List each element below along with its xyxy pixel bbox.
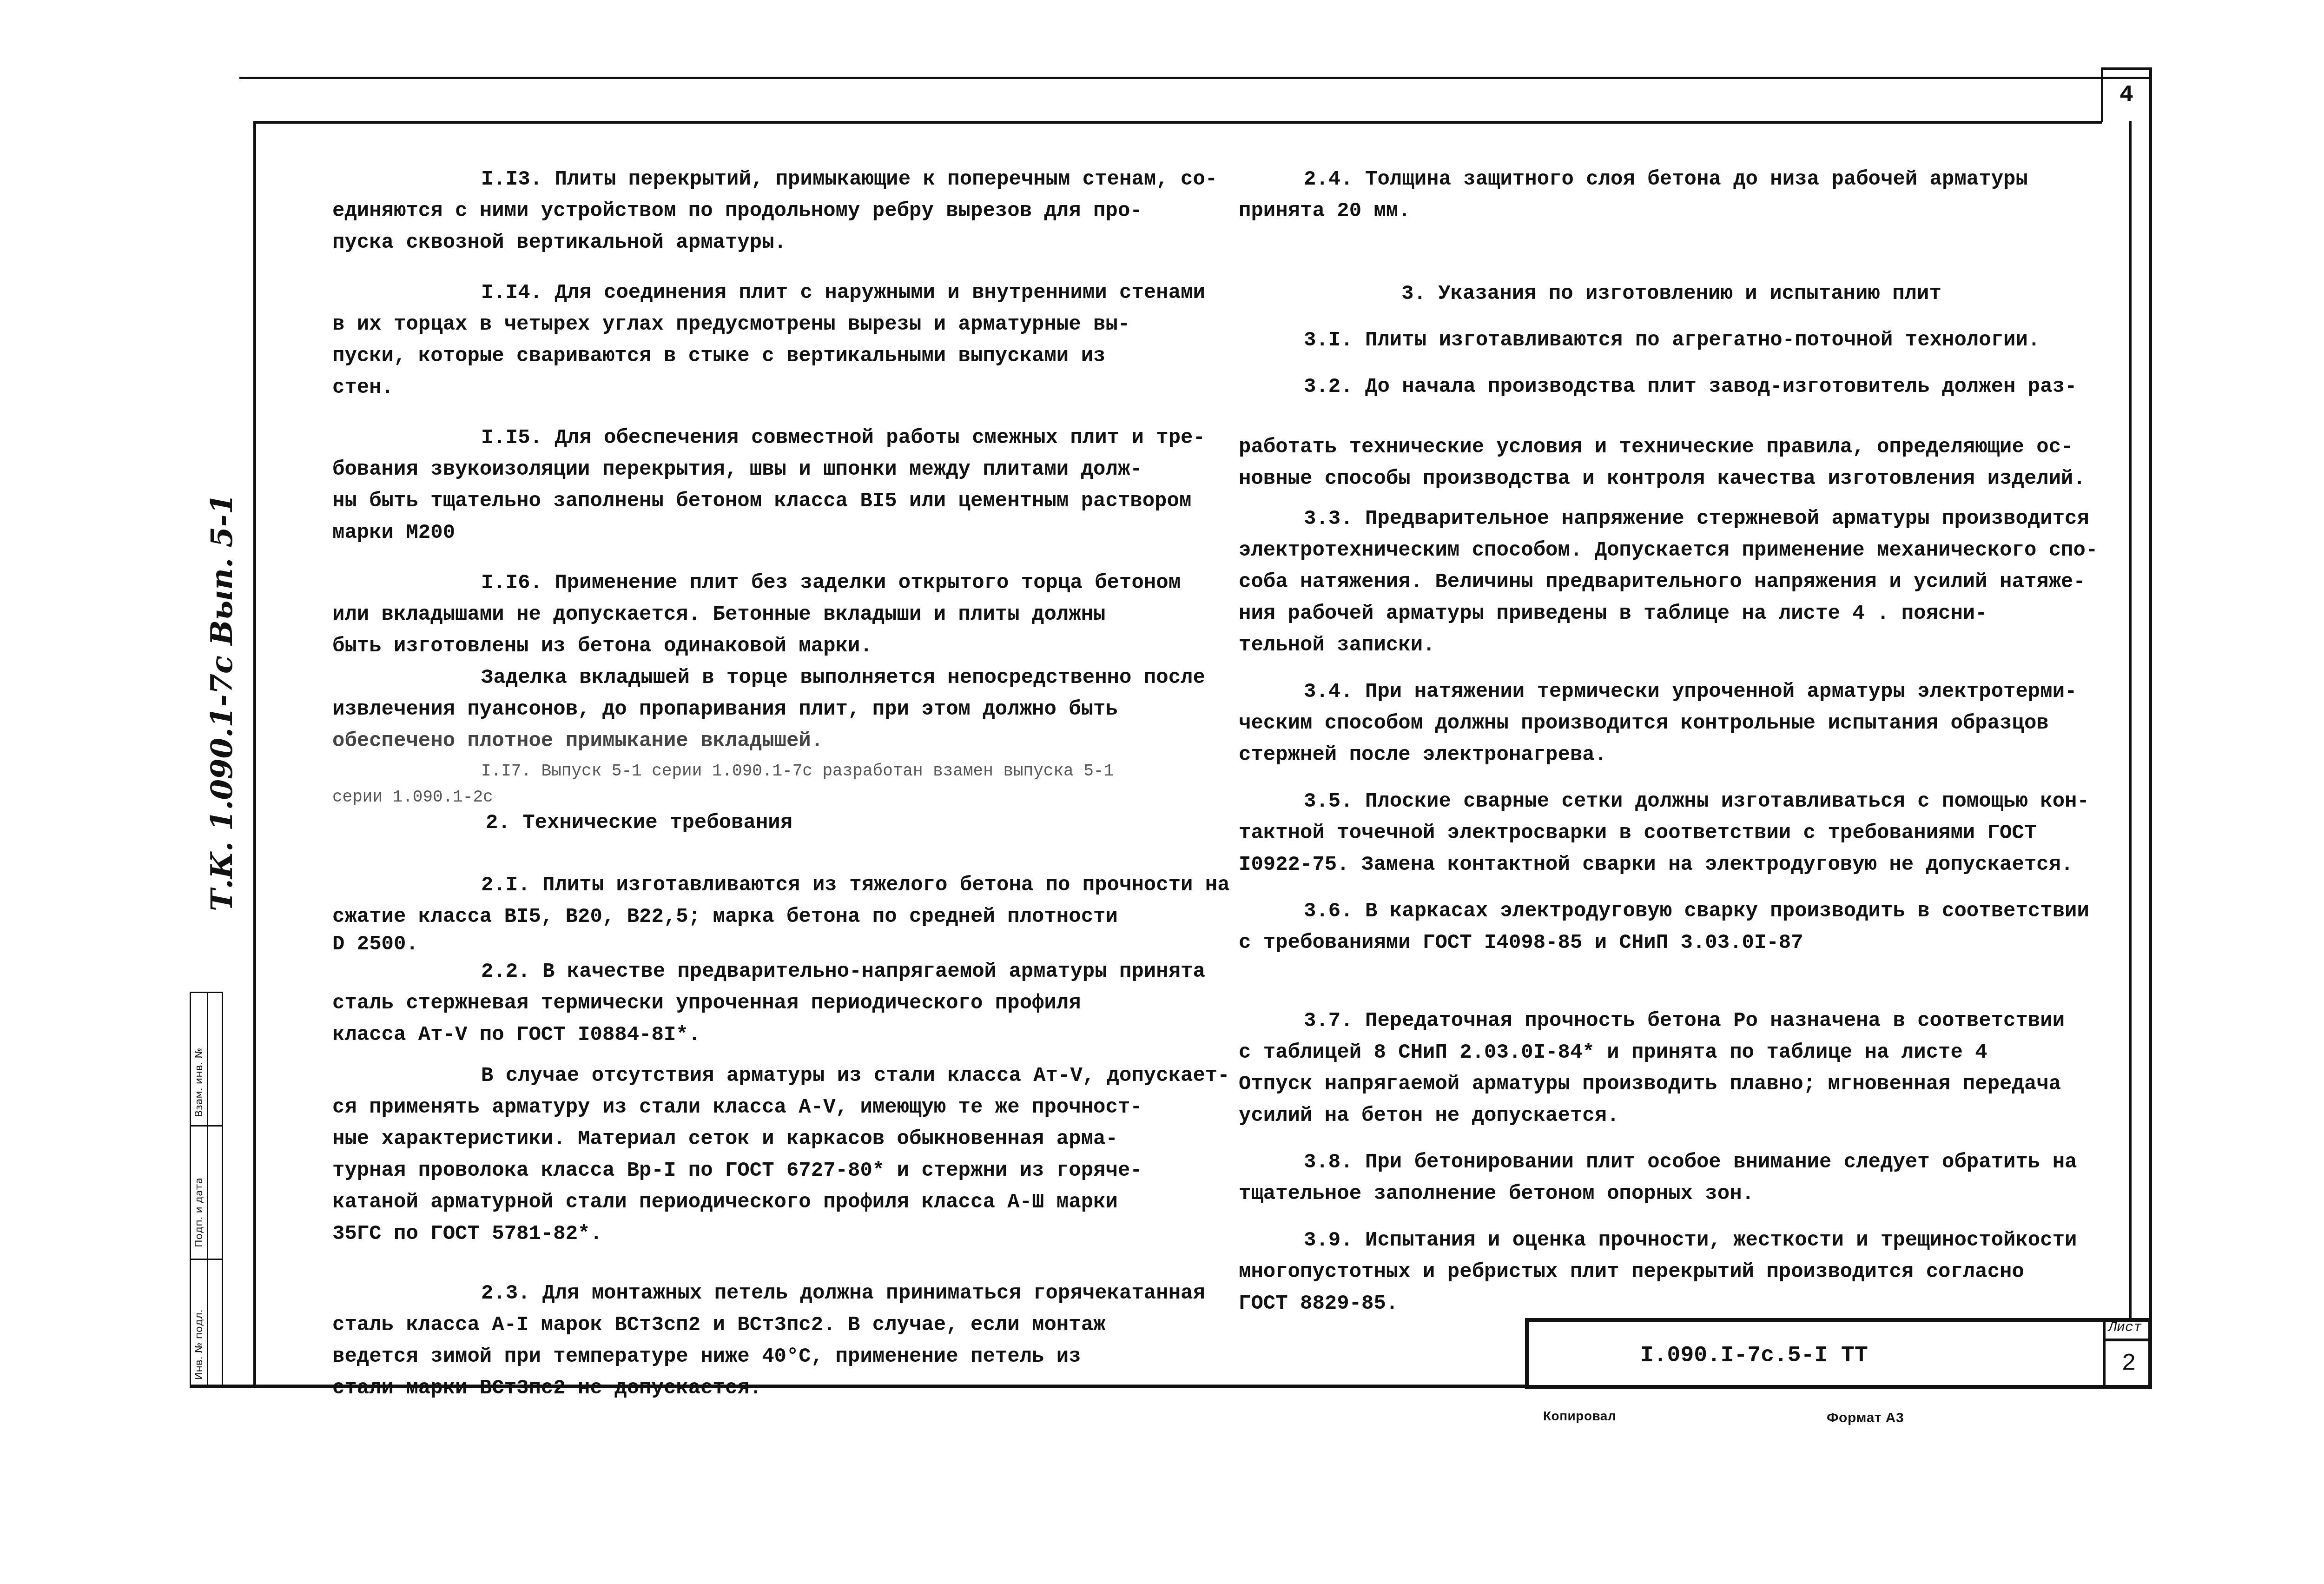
text-line: серии 1.090.1-2с (332, 786, 1188, 809)
paragraph-1-16: I.I6. Применение плит без заделки открыт… (332, 567, 1188, 662)
left-stamp-column: Взам. инв. № Подп. и дата Инв. № подл. (190, 992, 223, 1387)
text-line: Отпуск напрягаемой арматуры производить … (1239, 1068, 2122, 1100)
text-line: В случае отсутствия арматуры из стали кл… (332, 1060, 1188, 1092)
text-line: сжатие класса BI5, B20, B22,5; марка бет… (332, 901, 1188, 933)
top-sheet-number-box: 4 (2101, 67, 2152, 122)
text-line: сталь класса А-I марок ВСт3сп2 и ВСт3пс2… (332, 1309, 1188, 1341)
title-block: I.090.I-7с.5-I ТТ Лист 2 (1525, 1318, 2152, 1389)
stamp-label-replace-inv: Взам. инв. № (193, 1048, 205, 1117)
text-line: 3.5. Плоские сварные сетки должны изгота… (1239, 786, 2122, 817)
text-line: усилий на бетон не допускается. (1239, 1100, 2122, 1132)
stamp-cell-3-value (207, 1259, 223, 1387)
text-line: стержней после электронагрева. (1239, 739, 2122, 771)
text-line: обеспечено плотное примыкание вкладышей. (332, 725, 1188, 757)
text-line: 3.9. Испытания и оценка прочности, жестк… (1239, 1225, 2122, 1256)
paragraph-3-1: 3.I. Плиты изготавливаются по агрегатно-… (1239, 325, 2122, 356)
text-line: I0922-75. Замена контактной сварки на эл… (1239, 849, 2122, 881)
paragraph-2-2: 2.2. В качестве предварительно-напрягаем… (332, 956, 1188, 1051)
top-sheet-number: 4 (2103, 82, 2150, 108)
text-line: ческим способом должны производится конт… (1239, 708, 2122, 739)
text-line: принята 20 мм. (1239, 195, 2122, 227)
text-line: 2.2. В качестве предварительно-напрягаем… (332, 956, 1188, 988)
sheet-label-cell: Лист (2103, 1318, 2152, 1341)
section-3-title: 3. Указания по изготовлению и испытанию … (1239, 278, 2122, 310)
text-line: пуска сквозной вертикальной арматуры. (332, 227, 1188, 258)
paragraph-2-1: 2.I. Плиты изготавливаются из тяжелого б… (332, 869, 1188, 956)
text-line: марки М200 (332, 517, 1188, 549)
text-line: соба натяжения. Величины предварительног… (1239, 566, 2122, 598)
paragraph-3-6: 3.6. В каркасах электродуговую сварку пр… (1239, 895, 2122, 959)
paragraph-3-2: 3.2. До начала производства плит завод-и… (1239, 371, 2122, 403)
text-line: пуски, которые свариваются в стыке с вер… (332, 340, 1188, 372)
document-designation: I.090.I-7с.5-I ТТ (1640, 1343, 1868, 1368)
sheet-number-cell: 2 (2103, 1341, 2152, 1389)
text-line: ведется зимой при температуре ниже 40°С,… (332, 1341, 1188, 1372)
text-line: бования звукоизоляции перекрытия, швы и … (332, 454, 1188, 485)
paragraph-1-13: I.I3. Плиты перекрытий, примыкающие к по… (332, 164, 1188, 258)
margin-handwritten-code: Т.К. 1.090.1-7с Вып. 5-1 (205, 494, 239, 911)
stamp-label-inv-original: Инв. № подл. (193, 1309, 205, 1380)
text-line: многопустотных и ребристых плит перекрыт… (1239, 1256, 2122, 1288)
stamp-cell-1-value (207, 992, 223, 1127)
text-line: 3.8. При бетонировании плит особое внима… (1239, 1147, 2122, 1178)
text-line: 35ГС по ГОСТ 5781-82*. (332, 1218, 1188, 1250)
text-line: 3.7. Передаточная прочность бетона Ро на… (1239, 1005, 2122, 1037)
frame-right-outer (2149, 67, 2152, 1388)
paragraph-1-14: I.I4. Для соединения плит с наружными и … (332, 277, 1188, 404)
stamp-cell-2-value (207, 1125, 223, 1260)
text-line: I.I4. Для соединения плит с наружными и … (332, 277, 1188, 309)
frame-left (253, 121, 256, 1388)
paragraph-2-2-cont: В случае отсутствия арматуры из стали кл… (332, 1060, 1188, 1250)
text-line: турная проволока класса Вр-I по ГОСТ 672… (332, 1155, 1188, 1186)
text-line: ся применять арматуру из стали класса А-… (332, 1092, 1188, 1123)
text-line: класса Ат-V по ГОСТ I0884-8I*. (332, 1019, 1188, 1051)
text-line: I.I6. Применение плит без заделки открыт… (332, 567, 1188, 599)
text-line: D 2500. (332, 933, 1188, 956)
text-line: 3.4. При натяжении термически упроченной… (1239, 676, 2122, 708)
text-line: единяются с ними устройством по продольн… (332, 195, 1188, 227)
paragraph-2-4: 2.4. Толщина защитного слоя бетона до ни… (1239, 164, 2122, 227)
text-line: катаной арматурной стали периодического … (332, 1186, 1188, 1218)
paragraph-3-5: 3.5. Плоские сварные сетки должны изгота… (1239, 786, 2122, 881)
section-2-title: 2. Технические требования (332, 809, 1188, 837)
text-line: 3.2. До начала производства плит завод-и… (1239, 371, 2122, 403)
text-line: стали марки ВСт3пс2 не допускается. (332, 1372, 1188, 1404)
note-1-17: I.I7. Выпуск 5-1 серии 1.090.1-7с разраб… (332, 757, 1188, 809)
paragraph-1-15: I.I5. Для обеспечения совместной работы … (332, 422, 1188, 549)
paragraph-2-3: 2.3. Для монтажных петель должна принима… (332, 1278, 1188, 1404)
text-line: 3.3. Предварительное напряжение стержнев… (1239, 503, 2122, 535)
text-line: 2.3. Для монтажных петель должна принима… (332, 1278, 1188, 1309)
paragraph-3-4: 3.4. При натяжении термически упроченной… (1239, 676, 2122, 771)
frame-top (254, 121, 2102, 124)
paragraph-3-8: 3.8. При бетонировании плит особое внима… (1239, 1147, 2122, 1210)
paragraph-3-3: 3.3. Предварительное напряжение стержнев… (1239, 503, 2122, 661)
text-line: тактной точечной электросварки в соответ… (1239, 817, 2122, 849)
text-line: 3.I. Плиты изготавливаются по агрегатно-… (1239, 325, 2122, 356)
paragraph-3-9: 3.9. Испытания и оценка прочности, жестк… (1239, 1225, 2122, 1319)
text-line: с требованиями ГОСТ I4098-85 и СНиП 3.03… (1239, 927, 2122, 959)
text-line: I.I3. Плиты перекрытий, примыкающие к по… (332, 164, 1188, 195)
frame-right-inner (2129, 121, 2132, 1320)
text-line: работать технические условия и техническ… (1239, 431, 2122, 463)
text-line: 3.6. В каркасах электродуговую сварку пр… (1239, 895, 2122, 927)
sheet-number: 2 (2106, 1350, 2152, 1377)
stamp-label-sign-date: Подп. и дата (193, 1178, 205, 1247)
text-line: I.I5. Для обеспечения совместной работы … (332, 422, 1188, 454)
text-line: электротехническим способом. Допускается… (1239, 535, 2122, 566)
text-line: I.I7. Выпуск 5-1 серии 1.090.1-7с разраб… (332, 757, 1188, 786)
text-line: Заделка вкладышей в торце выполняется не… (332, 662, 1188, 694)
left-column: I.I3. Плиты перекрытий, примыкающие к по… (332, 164, 1188, 1423)
paragraph-1-16-cont: Заделка вкладышей в торце выполняется не… (332, 662, 1188, 757)
footer-format: Формат А3 (1827, 1402, 1904, 1434)
paragraph-3-2-cont: работать технические условия и техническ… (1239, 431, 2122, 495)
text-line: ные характеристики. Материал сеток и кар… (332, 1123, 1188, 1155)
right-column: 2.4. Толщина защитного слоя бетона до ни… (1239, 164, 2122, 1338)
paragraph-3-7: 3.7. Передаточная прочность бетона Ро на… (1239, 1005, 2122, 1132)
text-line: ния рабочей арматуры приведены в таблице… (1239, 598, 2122, 630)
text-line: сталь стержневая термически упроченная п… (332, 988, 1188, 1019)
text-line: 2.I. Плиты изготавливаются из тяжелого б… (332, 869, 1188, 901)
text-line: с таблицей 8 СНиП 2.03.0I-84* и принята … (1239, 1037, 2122, 1068)
text-line: извлечения пуансонов, до пропаривания пл… (332, 694, 1188, 725)
text-line: новные способы производства и контроля к… (1239, 463, 2122, 495)
text-line: ГОСТ 8829-85. (1239, 1288, 2122, 1319)
text-line: или вкладышами не допускается. Бетонные … (332, 599, 1188, 630)
sheet-label: Лист (2108, 1320, 2142, 1336)
text-line: ны быть тщательно заполнены бетоном клас… (332, 485, 1188, 517)
text-line: стен. (332, 372, 1188, 404)
text-line: тельной записки. (1239, 630, 2122, 661)
footer-copied: Копировал (1543, 1400, 1616, 1432)
text-line: в их торцах в четырех углах предусмотрен… (332, 309, 1188, 340)
text-line: 2.4. Толщина защитного слоя бетона до ни… (1239, 164, 2122, 195)
text-line: тщательное заполнение бетоном опорных зо… (1239, 1178, 2122, 1210)
outer-top-line (239, 77, 2152, 79)
text-line: быть изготовлены из бетона одинаковой ма… (332, 630, 1188, 662)
